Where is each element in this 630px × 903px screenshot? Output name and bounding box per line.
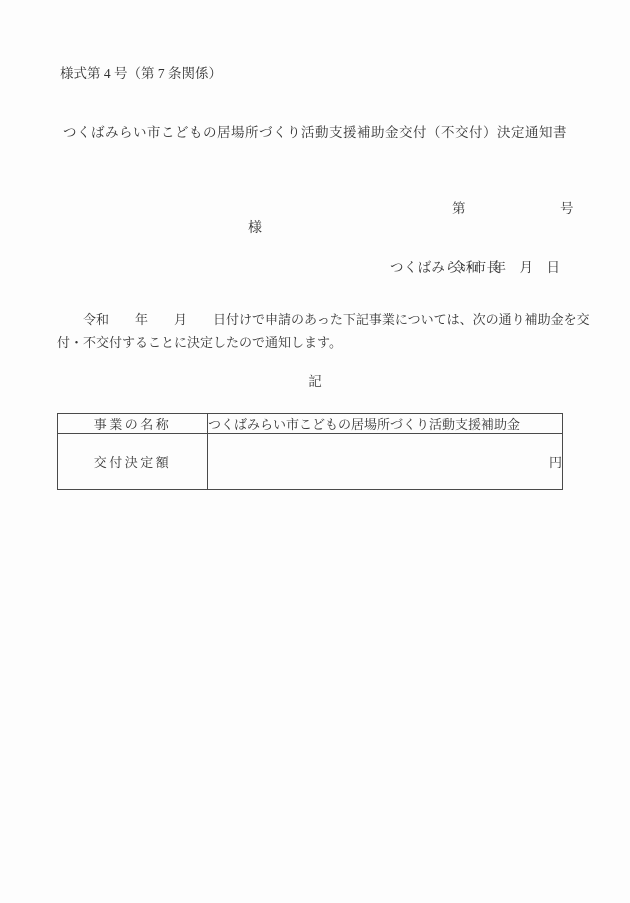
document-page: 様式第 4 号（第 7 条関係） つくばみらい市こどもの居場所づくり活動支援補助… xyxy=(0,0,630,903)
decision-table: 事業の名称 つくばみらい市こどもの居場所づくり活動支援補助金 交付決定額 円 xyxy=(57,413,563,490)
sender-mayor: つくばみらい市長 xyxy=(390,256,500,276)
table-row-project-name: 事業の名称 つくばみらい市こどもの居場所づくり活動支援補助金 xyxy=(58,414,563,434)
project-name-label-cell: 事業の名称 xyxy=(58,414,208,434)
number-date-block: 第 号 令和 年 月 日 xyxy=(452,160,574,316)
form-number: 様式第 4 号（第 7 条関係） xyxy=(60,62,222,82)
project-name-value-cell: つくばみらい市こどもの居場所づくり活動支援補助金 xyxy=(208,414,563,434)
ki-heading: 記 xyxy=(0,370,630,390)
document-title: つくばみらい市こどもの居場所づくり活動支援補助金交付（不交付）決定通知書 xyxy=(0,121,630,141)
grant-amount-label-cell: 交付決定額 xyxy=(58,434,208,490)
doc-number-line: 第 号 xyxy=(452,199,574,219)
addressee-sama: 様 xyxy=(248,217,262,237)
body-paragraph: 令和 年 月 日付けで申請のあった下記事業については、次の通り補助金を交 付・不… xyxy=(57,308,630,354)
grant-amount-value-cell: 円 xyxy=(208,434,563,490)
table-row-grant-amount: 交付決定額 円 xyxy=(58,434,563,490)
